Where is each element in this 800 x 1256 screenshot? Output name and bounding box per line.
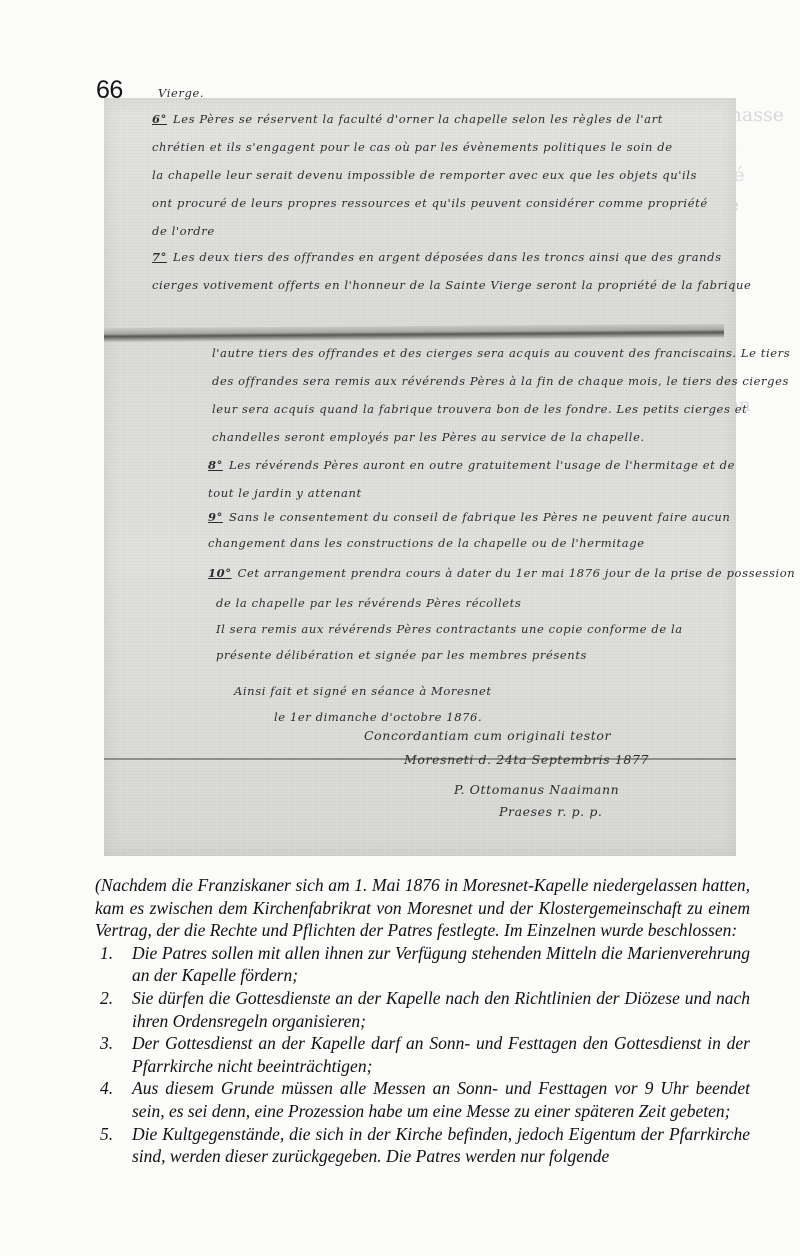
manuscript-line: 7°Les deux tiers des offrandes en argent… bbox=[152, 250, 722, 264]
manuscript-line: de l'ordre bbox=[152, 224, 215, 238]
caption-intro: (Nachdem die Franziskaner sich am 1. Mai… bbox=[95, 874, 750, 942]
manuscript-line: Il sera remis aux révérends Pères contra… bbox=[216, 622, 683, 636]
attestation-line: Concordantiam cum originali testor bbox=[364, 728, 611, 743]
manuscript-photo: Vierge. 6°Les Pères se réservent la facu… bbox=[104, 98, 736, 856]
manuscript-line: tout le jardin y attenant bbox=[208, 486, 362, 500]
manuscript-line: 8°Les révérends Pères auront en outre gr… bbox=[208, 458, 735, 472]
manuscript-line: le 1er dimanche d'octobre 1876. bbox=[274, 710, 482, 724]
caption-list-item: 1.Die Patres sollen mit allen ihnen zur … bbox=[95, 942, 750, 987]
manuscript-line: présente délibération et signée par les … bbox=[216, 648, 587, 662]
caption-list-item: 4.Aus diesem Grunde müssen alle Messen a… bbox=[95, 1077, 750, 1122]
attestation-date: Moresneti d. 24ta Septembris 1877 bbox=[404, 752, 649, 767]
caption: (Nachdem die Franziskaner sich am 1. Mai… bbox=[95, 874, 750, 1168]
manuscript-line: de la chapelle par les révérends Pères r… bbox=[216, 596, 521, 610]
manuscript-line: cierges votivement offerts en l'honneur … bbox=[152, 278, 751, 292]
manuscript-line: leur sera acquis quand la fabrique trouv… bbox=[212, 402, 747, 416]
manuscript-line: Ainsi fait et signé en séance à Moresnet bbox=[234, 684, 492, 698]
manuscript-line: changement dans les constructions de la … bbox=[208, 536, 645, 550]
manuscript-line: l'autre tiers des offrandes et des cierg… bbox=[212, 346, 790, 360]
manuscript-line: des offrandes sera remis aux révérends P… bbox=[212, 374, 789, 388]
caption-list-item: 2.Sie dürfen die Gottesdienste an der Ka… bbox=[95, 987, 750, 1032]
manuscript-line: chandelles seront employés par les Pères… bbox=[212, 430, 645, 444]
caption-list: 1.Die Patres sollen mit allen ihnen zur … bbox=[95, 942, 750, 1168]
manuscript-line: chrétien et ils s'engagent pour le cas o… bbox=[152, 140, 673, 154]
manuscript-line: la chapelle leur serait devenu impossibl… bbox=[152, 168, 697, 182]
paper-fold bbox=[104, 324, 724, 342]
signature: P. Ottomanus Naaimann bbox=[454, 782, 619, 797]
manuscript-line: 6°Les Pères se réservent la faculté d'or… bbox=[152, 112, 663, 126]
manuscript-line: 9°Sans le consentement du conseil de fab… bbox=[208, 510, 730, 524]
manuscript-line: 10°Cet arrangement prendra cours à dater… bbox=[208, 566, 795, 580]
manuscript-line: Vierge. bbox=[152, 86, 204, 100]
caption-list-item: 3.Der Gottesdienst an der Kapelle darf a… bbox=[95, 1032, 750, 1077]
manuscript-line: ont procuré de leurs propres ressources … bbox=[152, 196, 708, 210]
caption-list-item: 5.Die Kultgegenstände, die sich in der K… bbox=[95, 1123, 750, 1168]
signature-title: Praeses r. p. p. bbox=[499, 804, 603, 819]
